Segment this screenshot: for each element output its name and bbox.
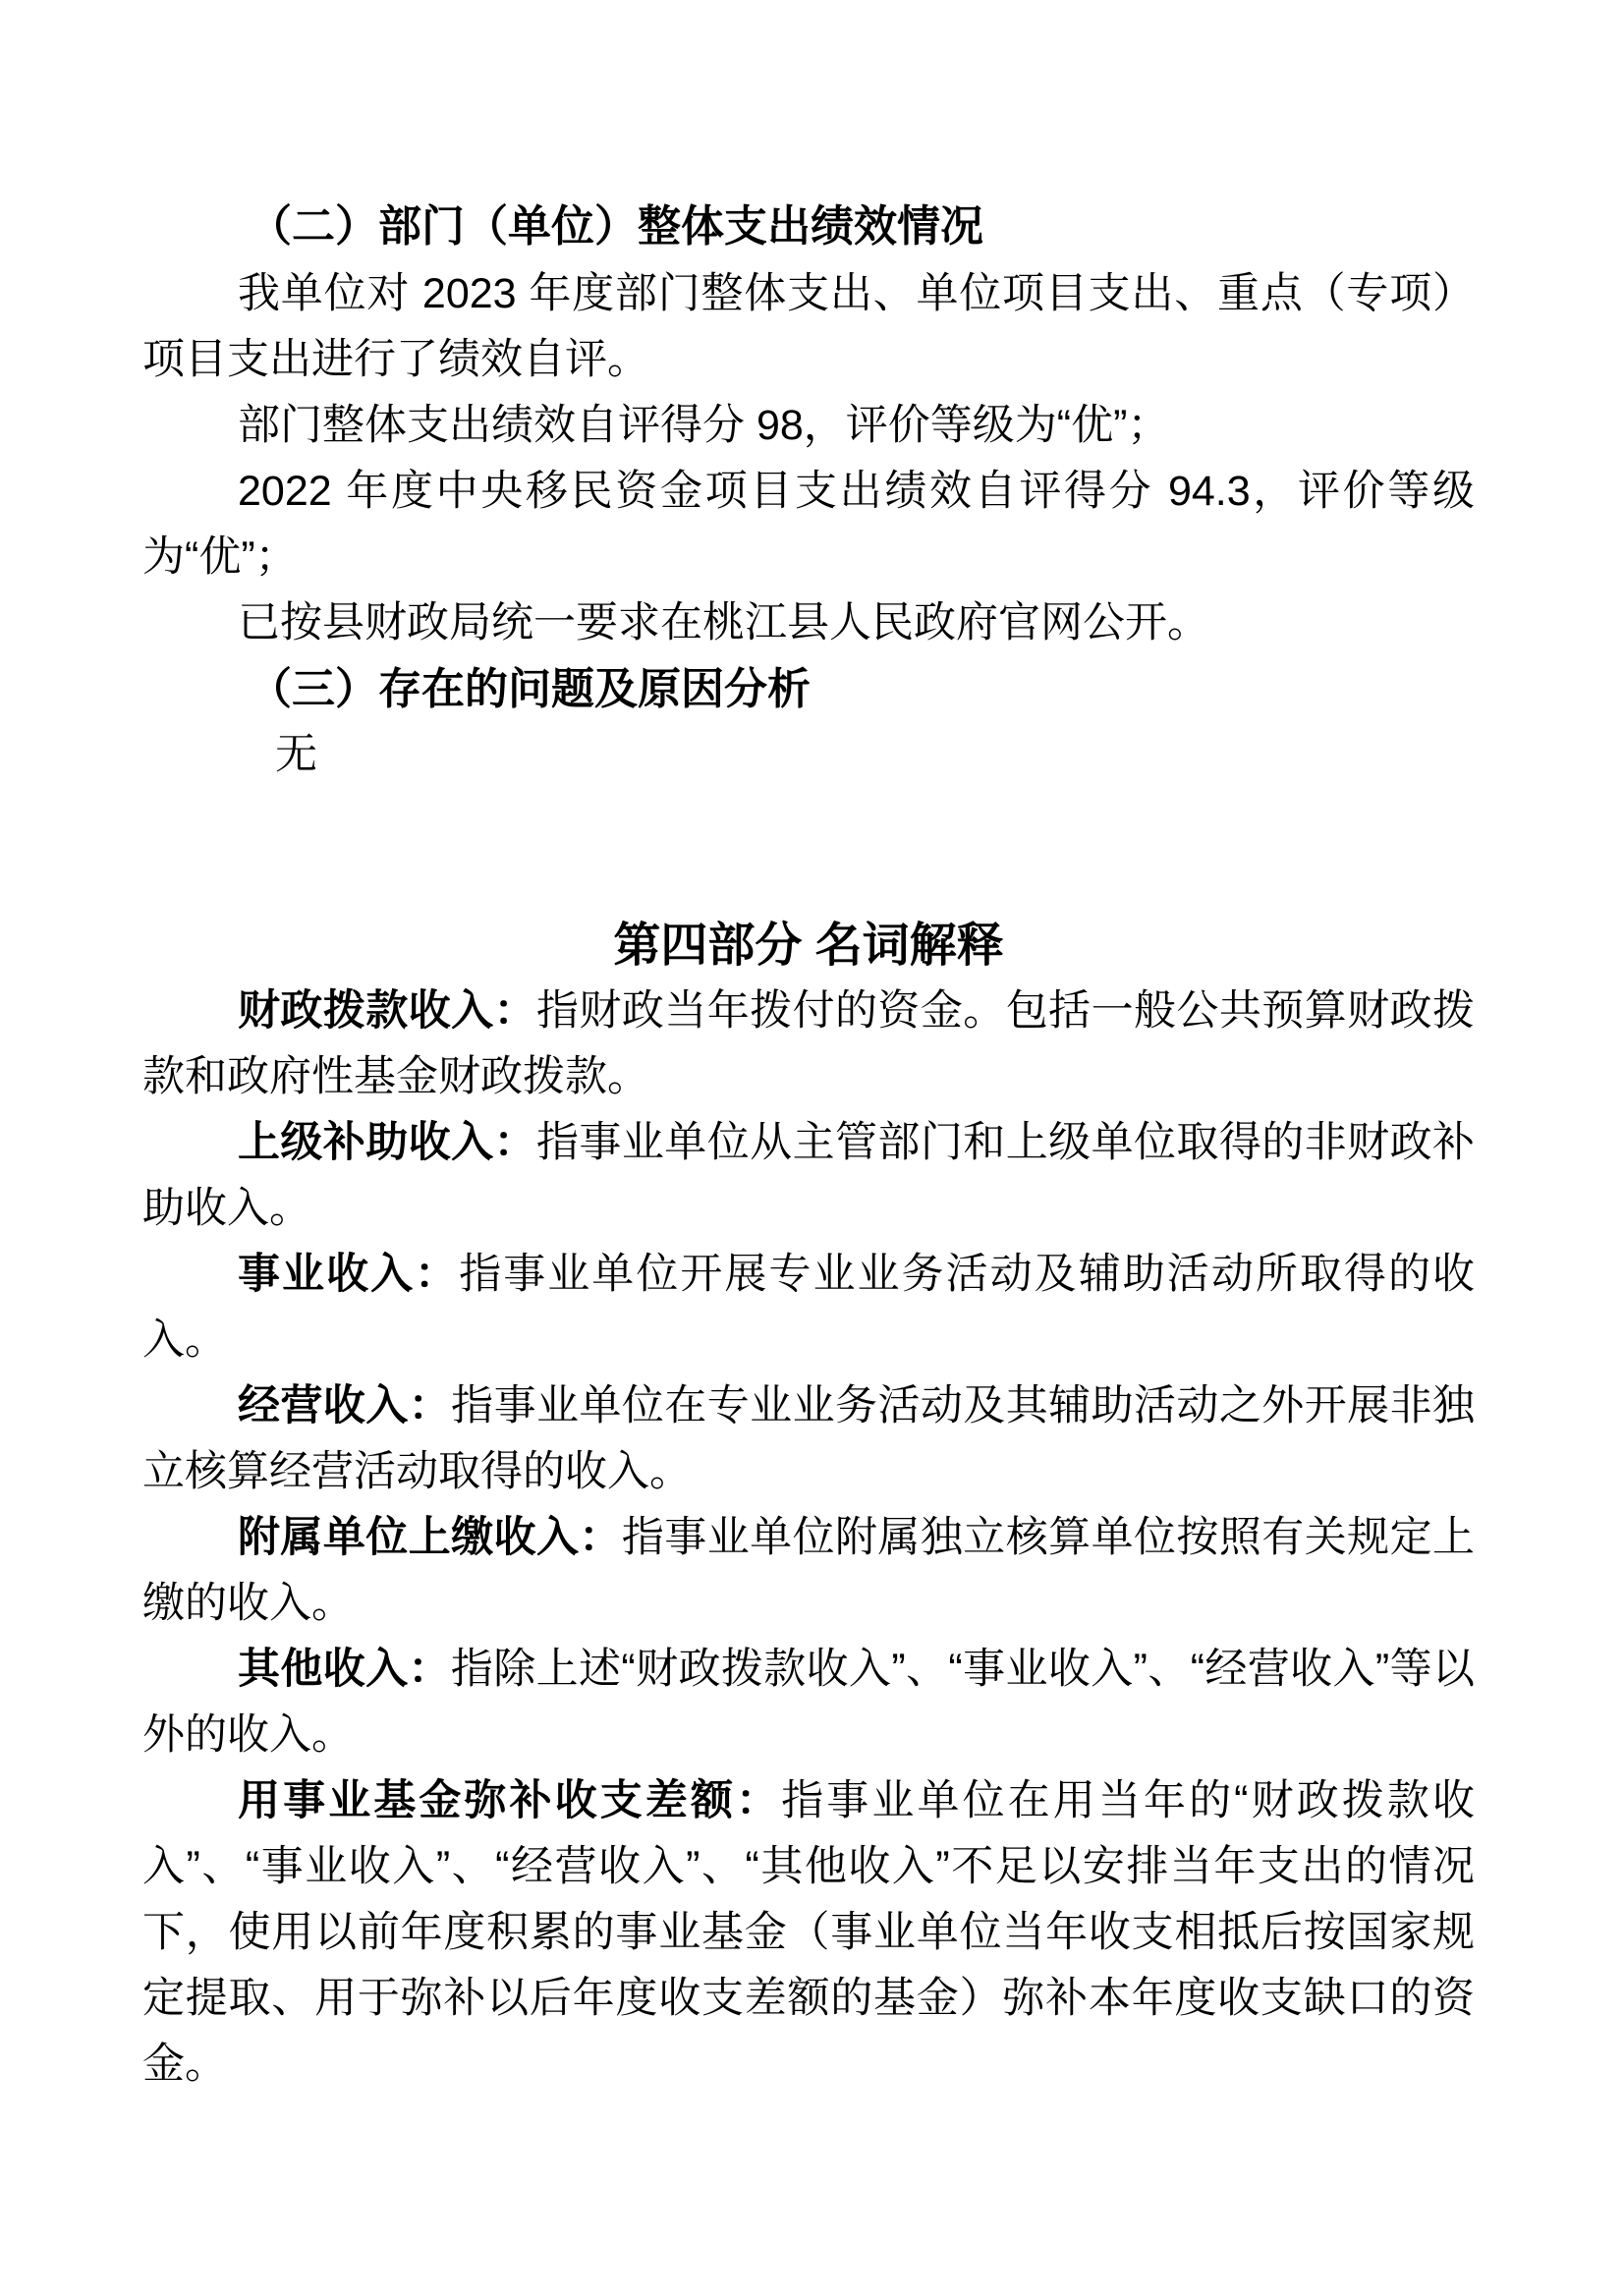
paragraph-none: 无 — [142, 722, 1475, 788]
term-label: 上级补助收入： — [238, 1119, 536, 1166]
paragraph-department-score: 部门整体支出绩效自评得分 98，评价等级为“优”； — [142, 393, 1475, 459]
term-label: 财政拨款收入： — [238, 987, 536, 1035]
term-definition-fiscal-appropriation: 财政拨款收入：指财政当年拨付的资金。包括一般公共预算财政拨款和政府性基金财政拨款… — [142, 979, 1475, 1110]
section-heading-performance: （二）部门（单位）整体支出绩效情况 — [142, 193, 1475, 261]
term-label: 附属单位上缴收入： — [238, 1514, 622, 1561]
term-label: 事业收入： — [238, 1251, 459, 1298]
part4-title: 第四部分 名词解释 — [142, 913, 1475, 979]
term-label: 其他收入： — [238, 1646, 451, 1693]
paragraph-project-score: 2022 年度中央移民资金项目支出绩效自评得分 94.3，评价等级为“优”； — [142, 459, 1475, 590]
term-definition-affiliated-unit-income: 附属单位上缴收入：指事业单位附属独立核算单位按照有关规定上缴的收入。 — [142, 1505, 1475, 1637]
term-definition-superior-subsidy: 上级补助收入：指事业单位从主管部门和上级单位取得的非财政补助收入。 — [142, 1110, 1475, 1242]
document-page: （二）部门（单位）整体支出绩效情况 我单位对 2023 年度部门整体支出、单位项… — [0, 0, 1624, 2296]
term-definition-other-income: 其他收入：指除上述“财政拨款收入”、“事业收入”、“经营收入”等以外的收入。 — [142, 1637, 1475, 1768]
document-content: （二）部门（单位）整体支出绩效情况 我单位对 2023 年度部门整体支出、单位项… — [142, 193, 1475, 2098]
term-definition-institution-income: 事业收入：指事业单位开展专业业务活动及辅助活动所取得的收入。 — [142, 1242, 1475, 1373]
blank-gap — [142, 788, 1475, 913]
term-definition-operating-income: 经营收入：指事业单位在专业业务活动及其辅助活动之外开展非独立核算经营活动取得的收… — [142, 1373, 1475, 1505]
term-label: 经营收入： — [238, 1382, 451, 1429]
section-heading-problems: （三）存在的问题及原因分析 — [142, 656, 1475, 722]
paragraph-self-evaluation: 我单位对 2023 年度部门整体支出、单位项目支出、重点（专项）项目支出进行了绩… — [142, 261, 1475, 393]
paragraph-disclosure: 已按县财政局统一要求在桃江县人民政府官网公开。 — [142, 590, 1475, 656]
term-definition-career-fund-balance: 用事业基金弥补收支差额：指事业单位在用当年的“财政拨款收入”、“事业收入”、“经… — [142, 1768, 1475, 2098]
term-label: 用事业基金弥补收支差额： — [238, 1777, 781, 1824]
